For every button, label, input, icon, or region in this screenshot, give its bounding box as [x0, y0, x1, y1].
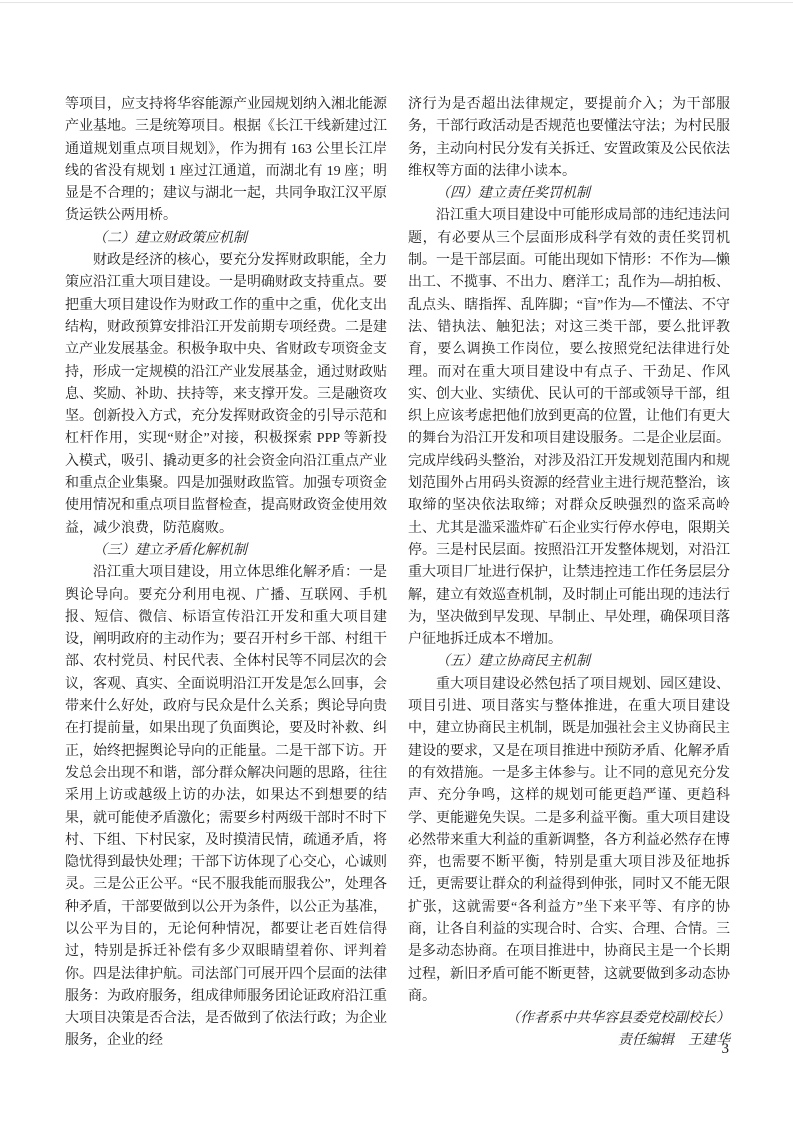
author-note: （作者系中共华容县委党校副校长） — [408, 1008, 730, 1030]
right-column: 济行为是否超出法律规定，要提前介入；为干部服务，干部行政活动是否规范也要懂法守法… — [408, 94, 730, 1053]
section-3-heading: （三）建立矛盾化解机制 — [65, 540, 387, 562]
section-2-paragraph: 财政是经济的核心，要充分发挥财政职能，全力策应沿江重大项目建设。一是明确财政支持… — [65, 250, 387, 540]
page-number: 3 — [722, 1040, 730, 1058]
section-4-paragraph: 沿江重大项目建设中可能形成局部的违纪违法问题，有必要从三个层面形成科学有效的责任… — [408, 205, 730, 651]
section-2-heading: （二）建立财政策应机制 — [65, 228, 387, 250]
editor-credit: 责任编辑 王建华 — [408, 1030, 730, 1052]
section-5-paragraph: 重大项目建设必然包括了项目规划、园区建设、项目引进、项目落实与整体推进，在重大项… — [408, 674, 730, 1008]
section-3-paragraph-part2: 济行为是否超出法律规定，要提前介入；为干部服务，干部行政活动是否规范也要懂法守法… — [408, 94, 730, 183]
section-3-paragraph-part1: 沿江重大项目建设，用立体思维化解矛盾：一是舆论导向。要充分利用电视、广播、互联网… — [65, 562, 387, 1053]
document-page: 等项目，应支持将华容能源产业园规划纳入湘北能源产业基地。三是统筹项目。根据《长江… — [0, 0, 793, 1122]
left-column: 等项目，应支持将华容能源产业园规划纳入湘北能源产业基地。三是统筹项目。根据《长江… — [65, 94, 387, 1053]
continuation-paragraph: 等项目，应支持将华容能源产业园规划纳入湘北能源产业基地。三是统筹项目。根据《长江… — [65, 94, 387, 228]
article-body: 等项目，应支持将华容能源产业园规划纳入湘北能源产业基地。三是统筹项目。根据《长江… — [65, 94, 730, 1053]
section-4-heading: （四）建立责任奖罚机制 — [408, 183, 730, 205]
scan-edge-line — [0, 2, 793, 3]
section-5-heading: （五）建立协商民主机制 — [408, 651, 730, 673]
